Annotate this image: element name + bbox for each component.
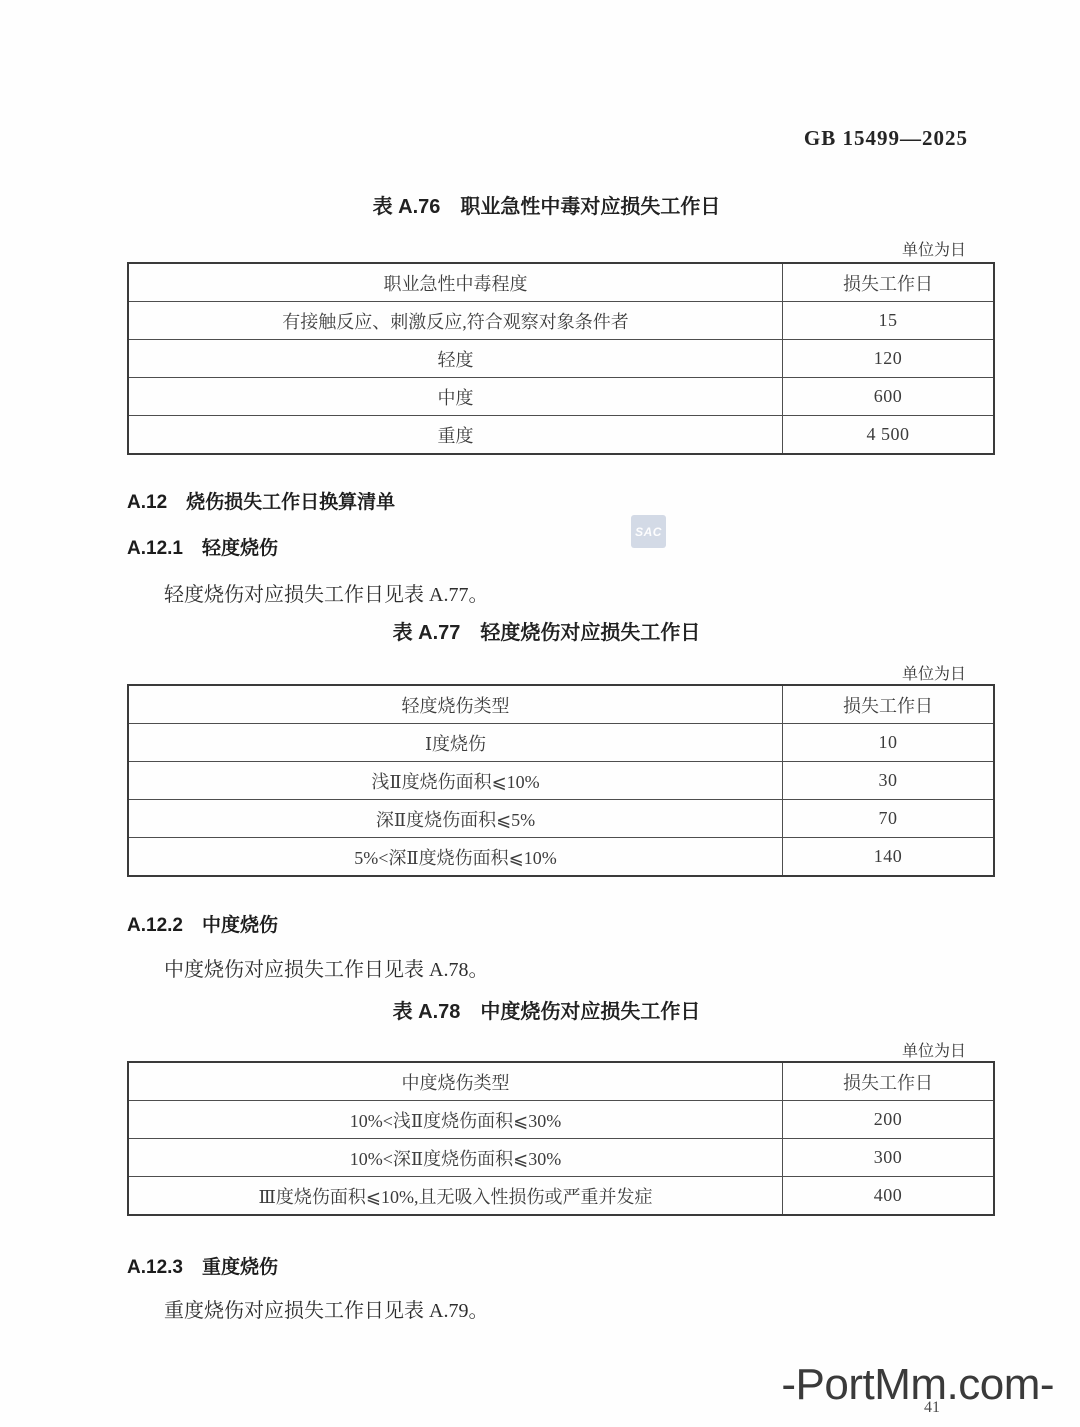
table-row: Ⅰ度烧伤 10 — [128, 724, 994, 762]
document-page: GB 15499—2025 表 A.76 职业急性中毒对应损失工作日 单位为日 … — [0, 0, 1080, 1427]
unit-note-a76: 单位为日 — [902, 237, 966, 260]
heading-a12-1: A.12.1 轻度烧伤 — [127, 533, 278, 560]
paragraph-ref-a78: 中度烧伤对应损失工作日见表 A.78。 — [164, 953, 488, 982]
table-a76-title: 表 A.76 职业急性中毒对应损失工作日 — [127, 190, 966, 219]
table-cell-value: 120 — [783, 340, 995, 378]
table-row: 有接触反应、刺激反应,符合观察对象条件者 15 — [128, 302, 994, 340]
table-row: 轻度 120 — [128, 340, 994, 378]
table-row: 浅Ⅱ度烧伤面积⩽10% 30 — [128, 762, 994, 800]
page-number: 41 — [924, 1399, 940, 1417]
table-cell-value: 30 — [783, 762, 995, 800]
table-cell-label: 中度 — [128, 378, 783, 416]
table-row: 10%<浅Ⅱ度烧伤面积⩽30% 200 — [128, 1101, 994, 1139]
sac-logo-watermark: SAC — [631, 515, 666, 548]
table-header-row: 中度烧伤类型 损失工作日 — [128, 1062, 994, 1101]
table-row: 中度 600 — [128, 378, 994, 416]
table-cell-label: 5%<深Ⅱ度烧伤面积⩽10% — [128, 838, 783, 877]
table-a78-title: 表 A.78 中度烧伤对应损失工作日 — [127, 995, 966, 1024]
table-cell-label: 深Ⅱ度烧伤面积⩽5% — [128, 800, 783, 838]
table-cell-label: 重度 — [128, 416, 783, 455]
heading-a12-2: A.12.2 中度烧伤 — [127, 910, 278, 937]
heading-a12: A.12 烧伤损失工作日换算清单 — [127, 487, 395, 514]
paragraph-ref-a79: 重度烧伤对应损失工作日见表 A.79。 — [164, 1294, 488, 1323]
table-header-cell: 损失工作日 — [783, 685, 995, 724]
table-header-cell: 损失工作日 — [783, 263, 995, 302]
table-header-row: 职业急性中毒程度 损失工作日 — [128, 263, 994, 302]
table-a78: 中度烧伤类型 损失工作日 10%<浅Ⅱ度烧伤面积⩽30% 200 10%<深Ⅱ度… — [127, 1061, 995, 1216]
table-cell-value: 70 — [783, 800, 995, 838]
heading-a12-3: A.12.3 重度烧伤 — [127, 1252, 278, 1279]
table-a77-title: 表 A.77 轻度烧伤对应损失工作日 — [127, 616, 966, 645]
site-watermark: -PortMm.com- — [781, 1360, 1054, 1410]
table-cell-label: Ⅰ度烧伤 — [128, 724, 783, 762]
unit-note-a78: 单位为日 — [902, 1038, 966, 1061]
table-cell-value: 4 500 — [783, 416, 995, 455]
table-cell-value: 140 — [783, 838, 995, 877]
table-cell-label: 轻度 — [128, 340, 783, 378]
sac-logo-text: SAC — [635, 525, 662, 539]
table-header-cell: 职业急性中毒程度 — [128, 263, 783, 302]
table-a76: 职业急性中毒程度 损失工作日 有接触反应、刺激反应,符合观察对象条件者 15 轻… — [127, 262, 995, 455]
table-a77: 轻度烧伤类型 损失工作日 Ⅰ度烧伤 10 浅Ⅱ度烧伤面积⩽10% 30 深Ⅱ度烧… — [127, 684, 995, 877]
table-cell-value: 200 — [783, 1101, 995, 1139]
table-cell-label: 有接触反应、刺激反应,符合观察对象条件者 — [128, 302, 783, 340]
table-header-cell: 中度烧伤类型 — [128, 1062, 783, 1101]
standard-code: GB 15499—2025 — [804, 126, 968, 151]
table-row: 深Ⅱ度烧伤面积⩽5% 70 — [128, 800, 994, 838]
table-header-cell: 损失工作日 — [783, 1062, 995, 1101]
table-row: 10%<深Ⅱ度烧伤面积⩽30% 300 — [128, 1139, 994, 1177]
table-cell-value: 300 — [783, 1139, 995, 1177]
table-header-cell: 轻度烧伤类型 — [128, 685, 783, 724]
paragraph-ref-a77: 轻度烧伤对应损失工作日见表 A.77。 — [164, 578, 488, 607]
table-row: Ⅲ度烧伤面积⩽10%,且无吸入性损伤或严重并发症 400 — [128, 1177, 994, 1216]
unit-note-a77: 单位为日 — [902, 661, 966, 684]
table-cell-value: 400 — [783, 1177, 995, 1216]
table-cell-label: 10%<浅Ⅱ度烧伤面积⩽30% — [128, 1101, 783, 1139]
table-cell-value: 600 — [783, 378, 995, 416]
table-cell-value: 15 — [783, 302, 995, 340]
table-cell-label: Ⅲ度烧伤面积⩽10%,且无吸入性损伤或严重并发症 — [128, 1177, 783, 1216]
table-header-row: 轻度烧伤类型 损失工作日 — [128, 685, 994, 724]
table-cell-value: 10 — [783, 724, 995, 762]
table-row: 5%<深Ⅱ度烧伤面积⩽10% 140 — [128, 838, 994, 877]
table-cell-label: 浅Ⅱ度烧伤面积⩽10% — [128, 762, 783, 800]
table-row: 重度 4 500 — [128, 416, 994, 455]
table-cell-label: 10%<深Ⅱ度烧伤面积⩽30% — [128, 1139, 783, 1177]
